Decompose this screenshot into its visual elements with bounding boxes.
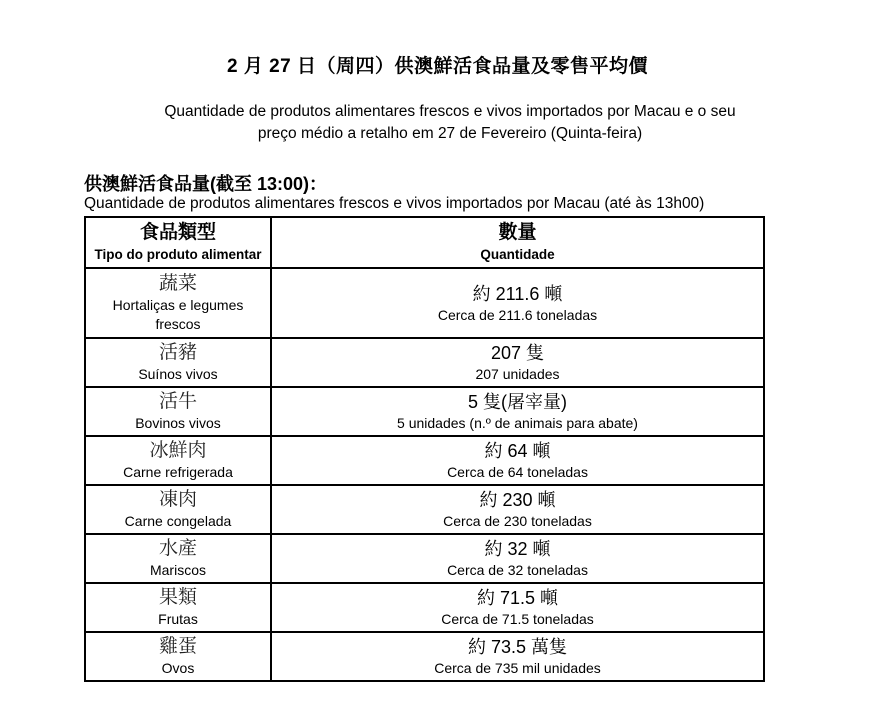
category-zh: 冰鮮肉: [86, 439, 270, 463]
page-title: 2 月 27 日（周四）供澳鮮活食品量及零售平均價: [0, 51, 875, 78]
category-cell: 雞蛋 Ovos: [85, 632, 271, 681]
category-zh: 凍肉: [86, 488, 270, 512]
header-quantity-zh: 數量: [272, 221, 763, 245]
quantity-zh: 約 211.6 噸: [272, 282, 763, 306]
quantity-zh: 約 64 噸: [272, 439, 763, 463]
table-row: 水產 Mariscos 約 32 噸 Cerca de 32 toneladas: [85, 534, 764, 583]
category-cell: 凍肉 Carne congelada: [85, 485, 271, 534]
category-zh: 水產: [86, 537, 270, 561]
quantity-zh: 約 32 噸: [272, 537, 763, 561]
quantity-pt: Cerca de 64 toneladas: [272, 463, 763, 482]
category-cell: 果類 Frutas: [85, 583, 271, 632]
quantity-pt: 5 unidades (n.º de animais para abate): [272, 414, 763, 433]
category-cell: 水產 Mariscos: [85, 534, 271, 583]
quantity-cell: 5 隻(屠宰量) 5 unidades (n.º de animais para…: [271, 387, 764, 436]
quantity-pt: Cerca de 230 toneladas: [272, 512, 763, 531]
header-quantity-pt: Quantidade: [272, 245, 763, 265]
quantity-cell: 約 71.5 噸 Cerca de 71.5 toneladas: [271, 583, 764, 632]
table-row: 蔬菜 Hortaliças e legumes frescos 約 211.6 …: [85, 268, 764, 338]
subtitle-line-1: Quantidade de produtos alimentares fresc…: [120, 101, 780, 123]
category-cell: 冰鮮肉 Carne refrigerada: [85, 436, 271, 485]
table-row: 果類 Frutas 約 71.5 噸 Cerca de 71.5 tonelad…: [85, 583, 764, 632]
quantity-cell: 約 64 噸 Cerca de 64 toneladas: [271, 436, 764, 485]
quantity-pt: Cerca de 211.6 toneladas: [272, 306, 763, 325]
category-pt: Frutas: [86, 610, 270, 629]
quantity-cell: 約 230 噸 Cerca de 230 toneladas: [271, 485, 764, 534]
table-row: 凍肉 Carne congelada 約 230 噸 Cerca de 230 …: [85, 485, 764, 534]
section-subheading: Quantidade de produtos alimentares fresc…: [84, 195, 704, 213]
quantity-zh: 207 隻: [272, 341, 763, 365]
category-zh: 果類: [86, 586, 270, 610]
table-row: 雞蛋 Ovos 約 73.5 萬隻 Cerca de 735 mil unida…: [85, 632, 764, 681]
category-pt: Ovos: [86, 659, 270, 678]
page-subtitle: Quantidade de produtos alimentares fresc…: [120, 101, 780, 145]
table-row: 活豬 Suínos vivos 207 隻 207 unidades: [85, 338, 764, 387]
category-pt: Suínos vivos: [86, 365, 270, 384]
category-zh: 蔬菜: [86, 272, 270, 296]
quantity-cell: 約 32 噸 Cerca de 32 toneladas: [271, 534, 764, 583]
quantity-zh: 約 71.5 噸: [272, 586, 763, 610]
quantity-zh: 約 230 噸: [272, 488, 763, 512]
category-cell: 活牛 Bovinos vivos: [85, 387, 271, 436]
table-row: 冰鮮肉 Carne refrigerada 約 64 噸 Cerca de 64…: [85, 436, 764, 485]
header-food-type-zh: 食品類型: [86, 221, 270, 245]
quantity-cell: 約 211.6 噸 Cerca de 211.6 toneladas: [271, 268, 764, 338]
category-pt: Carne congelada: [86, 512, 270, 531]
header-food-type-pt: Tipo do produto alimentar: [86, 245, 270, 265]
header-food-type: 食品類型 Tipo do produto alimentar: [85, 217, 271, 268]
quantity-cell: 207 隻 207 unidades: [271, 338, 764, 387]
quantity-pt: Cerca de 735 mil unidades: [272, 659, 763, 678]
table-row: 活牛 Bovinos vivos 5 隻(屠宰量) 5 unidades (n.…: [85, 387, 764, 436]
category-pt: Carne refrigerada: [86, 463, 270, 482]
category-pt: Mariscos: [86, 561, 270, 580]
category-zh: 活牛: [86, 390, 270, 414]
section-heading: 供澳鮮活食品量(截至 13:00)：: [84, 170, 327, 196]
food-supply-table: 食品類型 Tipo do produto alimentar 數量 Quanti…: [84, 216, 765, 682]
quantity-pt: Cerca de 32 toneladas: [272, 561, 763, 580]
subtitle-line-2: preço médio a retalho em 27 de Fevereiro…: [120, 123, 780, 145]
header-quantity: 數量 Quantidade: [271, 217, 764, 268]
quantity-zh: 約 73.5 萬隻: [272, 635, 763, 659]
category-pt: Bovinos vivos: [86, 414, 270, 433]
category-zh: 活豬: [86, 341, 270, 365]
category-cell: 蔬菜 Hortaliças e legumes frescos: [85, 268, 271, 338]
category-pt: Hortaliças e legumes frescos: [86, 296, 270, 334]
quantity-pt: 207 unidades: [272, 365, 763, 384]
quantity-pt: Cerca de 71.5 toneladas: [272, 610, 763, 629]
category-cell: 活豬 Suínos vivos: [85, 338, 271, 387]
quantity-zh: 5 隻(屠宰量): [272, 390, 763, 414]
category-zh: 雞蛋: [86, 635, 270, 659]
table-header-row: 食品類型 Tipo do produto alimentar 數量 Quanti…: [85, 217, 764, 268]
quantity-cell: 約 73.5 萬隻 Cerca de 735 mil unidades: [271, 632, 764, 681]
